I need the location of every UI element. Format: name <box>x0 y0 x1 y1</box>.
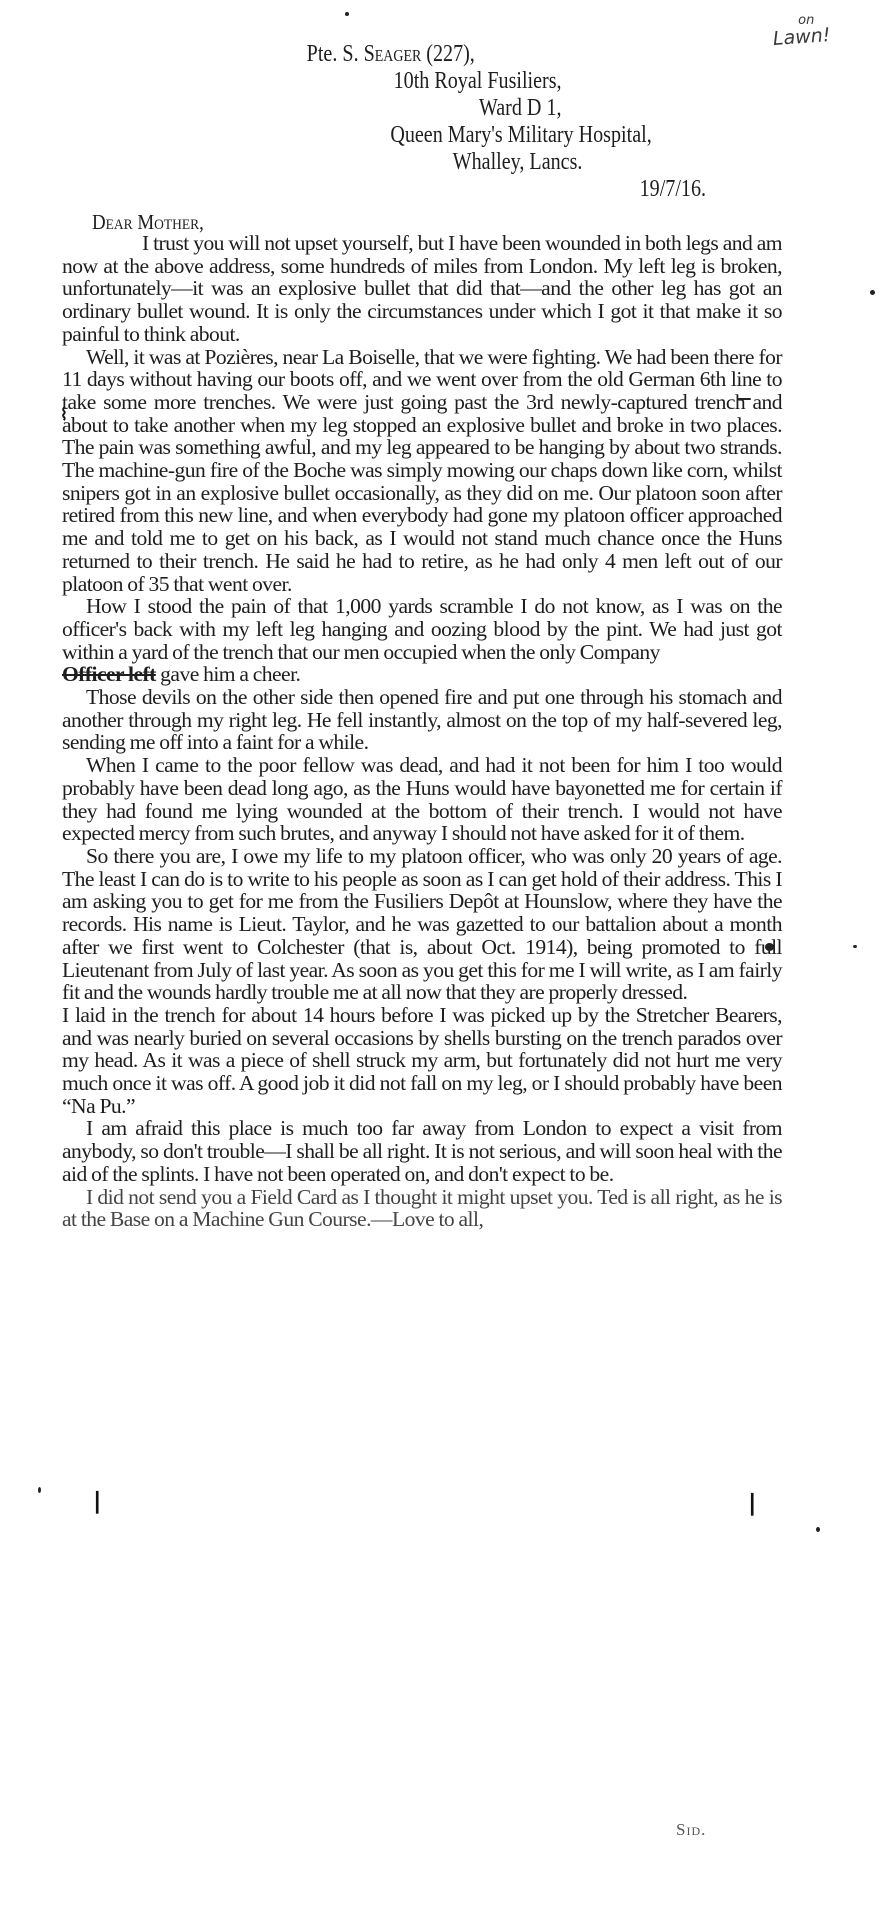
paragraph-7: I laid in the trench for about 14 hours … <box>62 1004 782 1118</box>
letter-page: on Lawn! Pte. S. Seager (227), 10th Roya… <box>0 0 892 1913</box>
sender-line: Pte. S. Seager (227), <box>307 40 892 67</box>
struck-through-text: Officer left <box>62 662 156 686</box>
paragraph-4: Those devils on the other side then open… <box>62 686 782 754</box>
paragraph-1: I trust you will not upset yourself, but… <box>62 232 782 346</box>
scan-speck <box>870 290 875 295</box>
sender-address-block: Pte. S. Seager (227), 10th Royal Fusilie… <box>0 40 731 202</box>
ward-line: Ward D 1, <box>479 94 892 121</box>
paragraph-3: How I stood the pain of that 1,000 yards… <box>62 595 782 663</box>
signature: Sid. <box>676 1820 706 1840</box>
paragraph-5: When I came to the poor fellow was dead,… <box>62 754 782 845</box>
scan-speck <box>38 1487 41 1493</box>
location-line: Whalley, Lancs. <box>453 148 892 175</box>
margin-mark: ❘ <box>88 1488 106 1514</box>
unit-line: 10th Royal Fusiliers, <box>394 67 892 94</box>
letter-body: I trust you will not upset yourself, but… <box>62 232 782 1231</box>
date-line: 19/7/16. <box>640 175 892 202</box>
sender-rank-initial: Pte. S. <box>307 40 364 67</box>
ink-blot <box>765 943 774 951</box>
margin-mark: ❘ <box>743 1490 761 1516</box>
scan-speck <box>853 945 857 948</box>
margin-mark: ⌇ <box>60 405 68 425</box>
scan-speck <box>345 12 349 16</box>
hospital-line: Queen Mary's Military Hospital, <box>390 121 892 148</box>
scan-mark <box>737 398 751 400</box>
paragraph-9: I did not send you a Field Card as I tho… <box>62 1186 782 1231</box>
sender-surname: Seager <box>364 40 422 67</box>
scan-speck <box>816 1527 820 1532</box>
sender-number: (227), <box>421 40 475 67</box>
paragraph-3-end: gave him a cheer. <box>156 662 301 686</box>
paragraph-2: Well, it was at Pozières, near La Boisel… <box>62 346 782 596</box>
paragraph-8: I am afraid this place is much too far a… <box>62 1117 782 1185</box>
paragraph-3-continuation: Officer left gave him a cheer. <box>62 663 782 686</box>
paragraph-6: So there you are, I owe my life to my pl… <box>62 845 782 1004</box>
